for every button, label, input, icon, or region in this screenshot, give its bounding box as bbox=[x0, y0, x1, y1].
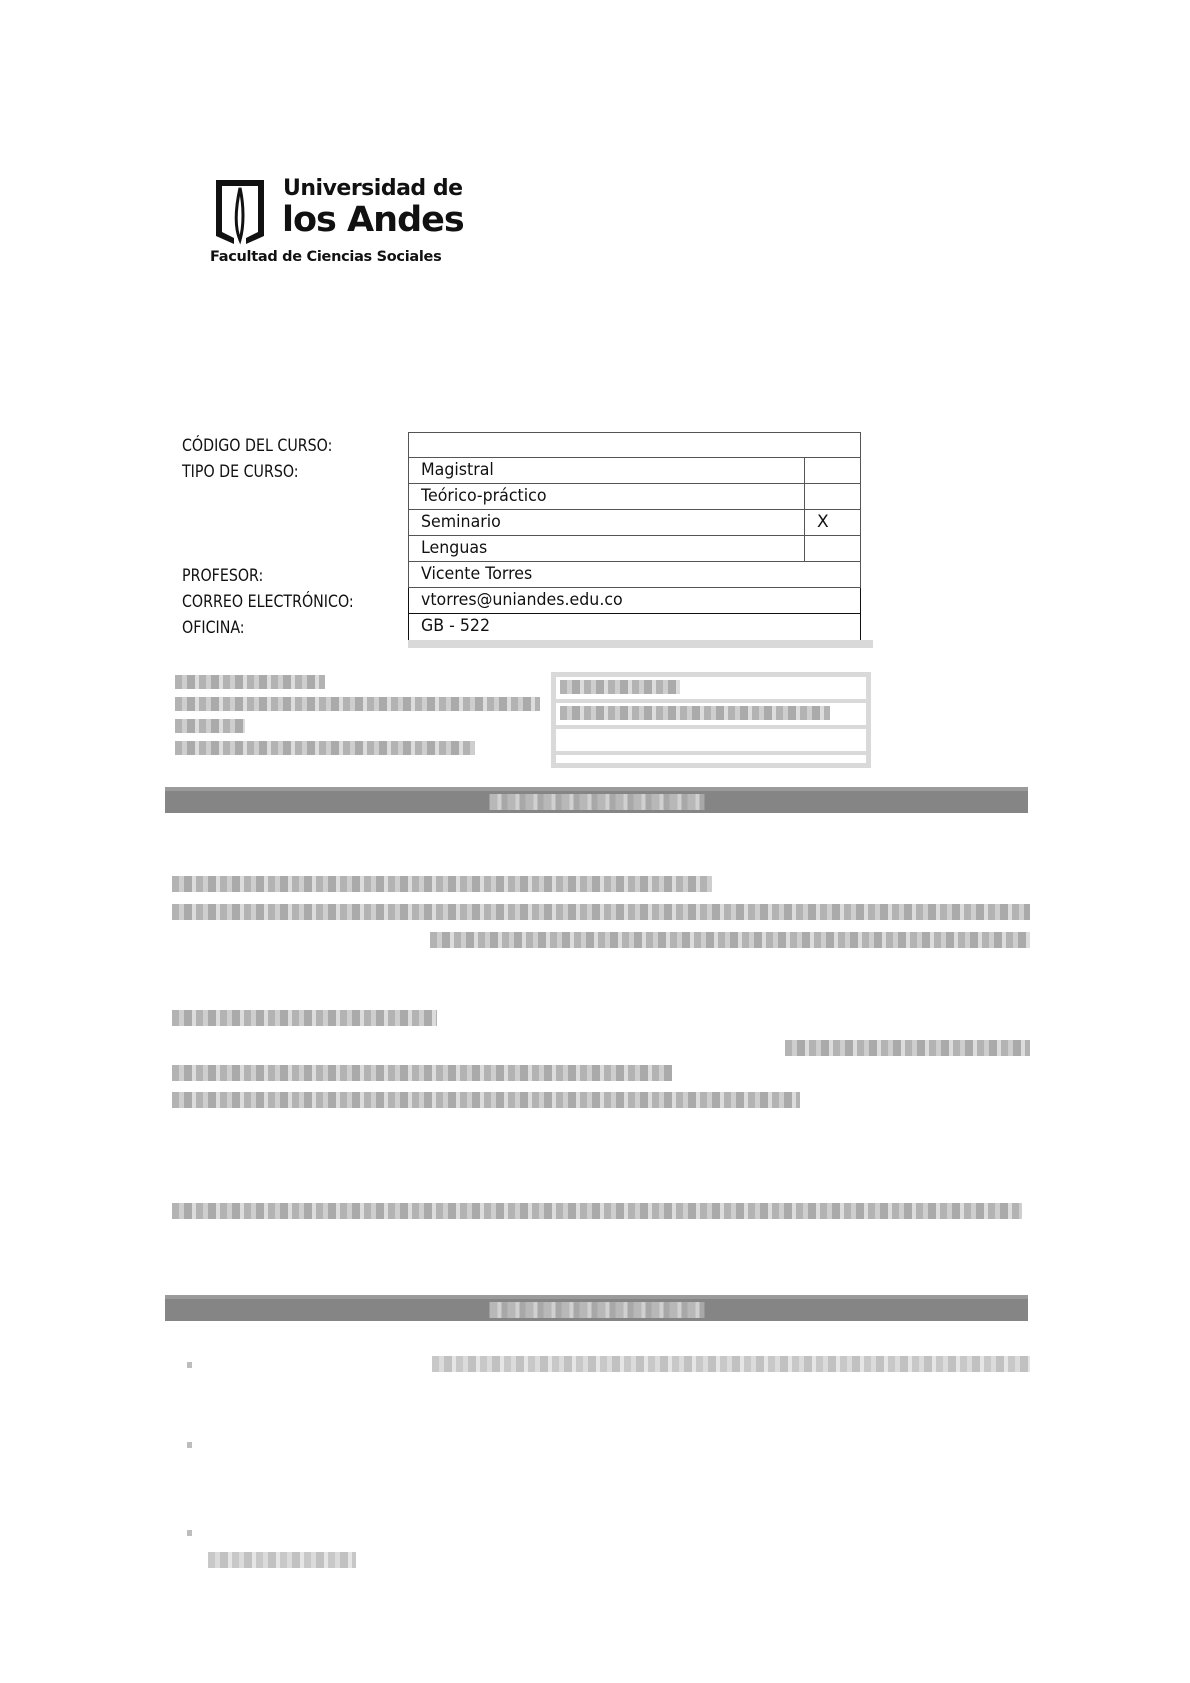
obscured-label bbox=[175, 741, 475, 755]
oficina-value-cell: GB - 522 bbox=[408, 614, 861, 640]
tipo-option-mark bbox=[804, 536, 860, 561]
section-heading-bar bbox=[165, 787, 1028, 813]
logo-university-name-large: los Andes bbox=[282, 200, 464, 240]
label-profesor: PROFESOR: bbox=[182, 563, 263, 589]
tipo-option-mark bbox=[804, 484, 860, 509]
obscured-label bbox=[175, 675, 325, 689]
correo-value-cell: vtorres@uniandes.edu.co bbox=[408, 588, 861, 614]
label-oficina: OFICINA: bbox=[182, 615, 245, 641]
obscured-label bbox=[175, 719, 245, 733]
profesor-value-cell: Vicente Torres bbox=[408, 562, 861, 588]
obscured-schedule-table bbox=[551, 672, 871, 768]
label-codigo: CÓDIGO DEL CURSO: bbox=[182, 433, 332, 459]
obscured-paragraph-line bbox=[172, 904, 1030, 920]
obscured-paragraph-line bbox=[430, 932, 1030, 948]
course-info-table: Magistral Teórico-práctico Seminario X L… bbox=[408, 432, 861, 640]
obscured-section-title bbox=[489, 794, 704, 810]
obscured-paragraph-line bbox=[172, 1203, 1022, 1219]
table-shadow bbox=[408, 640, 873, 648]
obscured-paragraph-line bbox=[172, 1092, 800, 1108]
tipo-option-row: Magistral bbox=[408, 458, 861, 484]
tipo-option-label: Lenguas bbox=[421, 536, 487, 560]
section-heading-bar bbox=[165, 1295, 1028, 1321]
obscured-paragraph-line bbox=[172, 1065, 672, 1081]
tipo-option-label: Teórico-práctico bbox=[421, 484, 547, 508]
label-tipo: TIPO DE CURSO: bbox=[182, 459, 299, 485]
tipo-option-mark: X bbox=[804, 510, 860, 535]
obscured-section-title bbox=[489, 1302, 704, 1318]
codigo-value-cell bbox=[408, 432, 861, 458]
tipo-option-label: Magistral bbox=[421, 458, 494, 482]
obscured-label bbox=[175, 697, 540, 711]
university-emblem-icon bbox=[212, 176, 268, 248]
tipo-option-mark bbox=[804, 458, 860, 483]
obscured-paragraph-line bbox=[172, 876, 712, 892]
label-correo: CORREO ELECTRÓNICO: bbox=[182, 589, 354, 615]
tipo-option-row: Lenguas bbox=[408, 536, 861, 562]
bullet-icon bbox=[187, 1362, 192, 1368]
tipo-option-row: Teórico-práctico bbox=[408, 484, 861, 510]
tipo-option-label: Seminario bbox=[421, 510, 501, 534]
bullet-icon bbox=[187, 1530, 192, 1536]
bullet-icon bbox=[187, 1442, 192, 1448]
obscured-list-item bbox=[208, 1552, 356, 1568]
obscured-list-item bbox=[432, 1356, 1030, 1372]
logo-faculty-name: Facultad de Ciencias Sociales bbox=[210, 248, 441, 266]
obscured-paragraph-line bbox=[785, 1040, 1030, 1056]
obscured-paragraph-line bbox=[172, 1010, 437, 1026]
tipo-option-row: Seminario X bbox=[408, 510, 861, 536]
logo-university-name: Universidad de bbox=[283, 176, 462, 202]
